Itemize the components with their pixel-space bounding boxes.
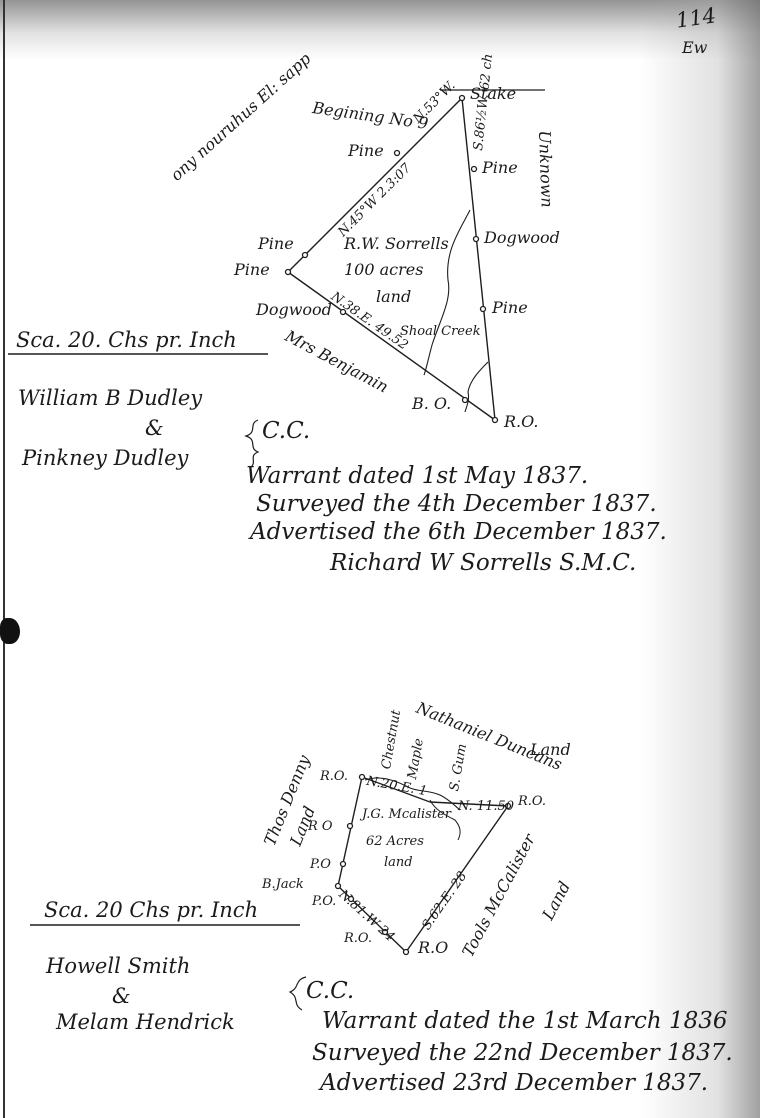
- corner-pine-upper: Pine: [348, 143, 384, 159]
- adjoining-right: Unknown: [536, 130, 555, 208]
- grantee-1b: Pinkney Dudley: [22, 448, 188, 469]
- corner-ro-top: R.O.: [320, 770, 348, 783]
- corner-dogwood-left: Dogwood: [256, 302, 332, 318]
- surveyed-date-1: Surveyed the 4th December 1837.: [256, 493, 657, 516]
- adjoining-top-land: Land: [530, 742, 571, 758]
- north-line-2: N. 11.50: [458, 800, 514, 813]
- corner-ro: R.O.: [504, 414, 538, 430]
- corner-dogwood-right: Dogwood: [484, 230, 560, 246]
- creek-label: Shoal Creek: [400, 325, 481, 338]
- initials-2: C.C.: [306, 980, 354, 1003]
- surveyor-signature: Richard W Sorrells S.M.C.: [330, 552, 636, 575]
- scale-label-1: Sca. 20. Chs pr. Inch: [16, 330, 237, 351]
- corner-po-lower: P.O.: [312, 895, 336, 908]
- corner-pine-left-b: Pine: [234, 262, 270, 278]
- plat-2-acres: 62 Acres: [366, 835, 424, 848]
- conjunction-2: &: [112, 986, 131, 1007]
- plat-2-owner: J.G. Mcalister: [362, 808, 451, 821]
- conjunction-1: &: [145, 418, 164, 439]
- surveyed-date-2: Surveyed the 22nd December 1837.: [312, 1042, 733, 1065]
- corner-pine-left-a: Pine: [258, 236, 294, 252]
- warrant-date-2: Warrant dated the 1st March 1836: [322, 1010, 728, 1033]
- advertised-date-1: Advertised the 6th December 1837.: [250, 521, 667, 544]
- grantee-2a: Howell Smith: [46, 956, 190, 977]
- plat-1-outline: [286, 90, 546, 423]
- corner-ro-right: R.O.: [518, 795, 546, 808]
- grantee-1a: William B Dudley: [18, 388, 202, 409]
- scale-label-2: Sca. 20 Chs pr. Inch: [44, 900, 258, 921]
- corner-ro-bottom: R.O: [418, 940, 448, 956]
- corner-ro-left: R O: [308, 820, 333, 833]
- plat-acres: 100 acres: [344, 262, 423, 278]
- corner-ro-bottom-left: R.O.: [344, 932, 372, 945]
- grantee-2b: Melam Hendrick: [56, 1012, 235, 1033]
- ledger-page: 114 Ew: [0, 0, 760, 1118]
- plat-land: land: [376, 289, 411, 305]
- adjoining-bottom-left: B.Jack: [262, 878, 304, 891]
- corner-pine-right: Pine: [482, 160, 518, 176]
- corner-bo: B. O.: [412, 396, 451, 412]
- corner-pine-right-low: Pine: [492, 300, 528, 316]
- plat-owner: R.W. Sorrells: [344, 236, 449, 252]
- advertised-date-2: Advertised 23rd December 1837.: [320, 1072, 708, 1095]
- initials-1: C.C.: [262, 420, 310, 443]
- plat-2-land: land: [384, 856, 413, 869]
- warrant-date-1: Warrant dated 1st May 1837.: [246, 465, 588, 488]
- corner-po-left: P.O: [310, 858, 331, 871]
